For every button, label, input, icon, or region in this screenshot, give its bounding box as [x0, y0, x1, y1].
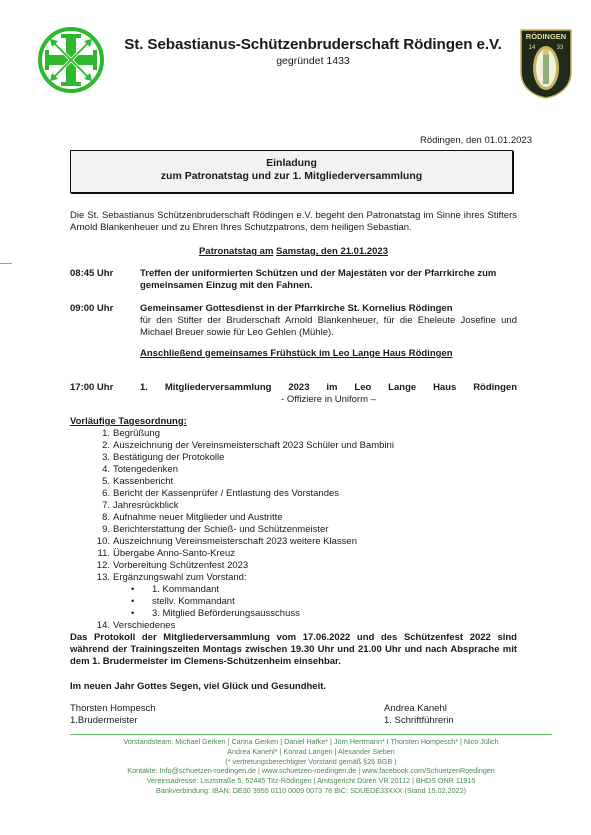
intro-paragraph: Die St. Sebastianus Schützenbruderschaft…	[70, 210, 517, 234]
svg-text:33: 33	[557, 45, 564, 51]
agenda-number: 8.	[88, 512, 110, 524]
footer-divider	[70, 734, 552, 735]
agenda-number: 7.	[88, 500, 110, 512]
agenda-item: 4.Totengedenken	[70, 464, 517, 476]
bullet-icon: •	[131, 596, 134, 608]
agenda-number: 11.	[88, 548, 110, 560]
invitation-title-box: Einladung zum Patronatstag und zur 1. Mi…	[70, 150, 513, 193]
invitation-title: Einladung	[71, 157, 512, 170]
signer-name: Andrea Kanehl	[384, 703, 454, 715]
footer: Vorstandsteam: Michael Gerken | Carina G…	[70, 737, 552, 796]
footer-board-line: Vorstandsteam: Michael Gerken | Carina G…	[70, 737, 552, 747]
meeting-time: 17:00 Uhr	[70, 382, 113, 394]
schedule-title: Treffen der uniformierten Schützen und d…	[140, 268, 517, 292]
schedule-item: 09:00 Uhr Gemeinsamer Gottesdienst in de…	[70, 303, 517, 339]
signature-right: Andrea Kanehl 1. Schriftführerin	[384, 703, 454, 727]
founded-year: gegründet 1433	[108, 55, 518, 67]
agenda-text: Bericht der Kassenprüfer / Entlastung de…	[113, 488, 339, 499]
organization-name: St. Sebastianus-Schützenbruderschaft Röd…	[108, 36, 518, 53]
new-year-greeting: Im neuen Jahr Gottes Segen, viel Glück u…	[70, 681, 326, 692]
schedule-item: 08:45 Uhr Treffen der uniformierten Schü…	[70, 268, 517, 292]
meeting-item: 17:00 Uhr 1. Mitgliederversammlung 2023 …	[70, 382, 517, 406]
agenda-item: 5.Kassenbericht	[70, 476, 517, 488]
agenda-item: 2.Auszeichnung der Vereinsmeisterschaft …	[70, 440, 517, 452]
agenda-item: 12.Vorbereitung Schützenfest 2023	[70, 560, 517, 572]
agenda-number: 5.	[88, 476, 110, 488]
election-position-item: •stellv. Kommandant	[70, 596, 517, 608]
election-position-item: •3. Mitglied Beförderungsausschuss	[70, 608, 517, 620]
agenda-number: 1.	[88, 428, 110, 440]
signer-name: Thorsten Hompesch	[70, 703, 156, 715]
schedule-detail: für den Stifter der Bruderschaft Arnold …	[140, 315, 517, 339]
agenda-item: 1.Begrüßung	[70, 428, 517, 440]
footer-bank: Bankverbindung: IBAN: DE30 3955 0110 000…	[70, 786, 552, 796]
agenda-title: Vorläufige Tagesordnung:	[70, 416, 187, 427]
svg-text:RÖDINGEN: RÖDINGEN	[526, 32, 566, 41]
agenda-number: 10.	[88, 536, 110, 548]
breakfast-note: Anschließend gemeinsames Frühstück im Le…	[140, 348, 517, 360]
schedule-title: Gemeinsamer Gottesdienst in der Pfarrkir…	[140, 303, 517, 315]
heading-part-a: Patronatstag am	[199, 246, 273, 257]
agenda-number: 13.	[88, 572, 110, 584]
agenda-text: Totengedenken	[113, 464, 178, 475]
agenda-text: Jahresrückblick	[113, 500, 178, 511]
agenda-item: 8.Aufnahme neuer Mitglieder und Austritt…	[70, 512, 517, 524]
election-position-text: 3. Mitglied Beförderungsausschuss	[152, 608, 300, 619]
shield-crest-icon: RÖDINGEN 14 33	[518, 28, 574, 100]
agenda-text: Vorbereitung Schützenfest 2023	[113, 560, 248, 571]
club-emblem-logo	[37, 26, 105, 94]
signer-role: 1. Schriftführerin	[384, 715, 454, 727]
footer-contacts: Kontakte: Info@schuetzen-roedingen.de | …	[70, 766, 552, 776]
place-and-date: Rödingen, den 01.01.2023	[420, 135, 532, 146]
agenda-text: Berichterstattung der Schieß- und Schütz…	[113, 524, 328, 535]
meeting-note: - Offiziere in Uniform –	[140, 394, 517, 406]
patronatstag-heading: Patronatstag am Samstag, den 21.01.2023	[70, 246, 517, 257]
agenda-number: 4.	[88, 464, 110, 476]
svg-text:14: 14	[529, 45, 536, 51]
election-position-item: •1. Kommandant	[70, 584, 517, 596]
agenda-text: Ergänzungswahl zum Vorstand:	[113, 572, 247, 583]
agenda-text: Begrüßung	[113, 428, 160, 439]
agenda-number: 6.	[88, 488, 110, 500]
signer-role: 1.Brudermeister	[70, 715, 156, 727]
invitation-subtitle: zum Patronatstag und zur 1. Mitgliederve…	[71, 170, 512, 183]
agenda-text: Aufnahme neuer Mitglieder und Austritte	[113, 512, 283, 523]
election-position-text: 1. Kommandant	[152, 584, 219, 595]
agenda-text: Bestätigung der Protokolle	[113, 452, 224, 463]
schedule-time: 09:00 Uhr	[70, 303, 113, 315]
agenda-item: 13.Ergänzungswahl zum Vorstand:	[70, 572, 517, 584]
agenda-item: 9.Berichterstattung der Schieß- und Schü…	[70, 524, 517, 536]
footer-board-line-2: Andrea Kanehl* | Konrad Langen | Alexand…	[70, 747, 552, 757]
agenda-item: 3.Bestätigung der Protokolle	[70, 452, 517, 464]
agenda-text: Auszeichnung Vereinsmeisterschaft 2023 w…	[113, 536, 357, 547]
agenda-number: 9.	[88, 524, 110, 536]
agenda-text: Kassenbericht	[113, 476, 173, 487]
agenda-item: 10.Auszeichnung Vereinsmeisterschaft 202…	[70, 536, 517, 548]
margin-marker	[0, 263, 12, 264]
agenda-number: 12.	[88, 560, 110, 572]
footer-address: Vereinsadresse: Lisztstraße 5, 52445 Tit…	[70, 776, 552, 786]
agenda-number: 3.	[88, 452, 110, 464]
breakfast-note-row: Anschließend gemeinsames Frühstück im Le…	[70, 348, 517, 360]
agenda-number: 14.	[88, 620, 110, 632]
bullet-icon: •	[131, 584, 134, 596]
crest-logo: RÖDINGEN 14 33	[518, 28, 574, 100]
meeting-title: 1. Mitgliederversammlung 2023 im Leo Lan…	[140, 382, 517, 394]
agenda-item: 7.Jahresrückblick	[70, 500, 517, 512]
heading-part-b: Samstag, den 21.01.2023	[276, 246, 388, 257]
bullet-icon: •	[131, 608, 134, 620]
agenda-text: Verschiedenes	[113, 620, 175, 631]
agenda-text: Auszeichnung der Vereinsmeisterschaft 20…	[113, 440, 394, 451]
protocol-notice: Das Protokoll der Mitgliederversammlung …	[70, 632, 517, 668]
agenda-number: 2.	[88, 440, 110, 452]
agenda-list: 1.Begrüßung2.Auszeichnung der Vereinsmei…	[70, 428, 517, 632]
signature-left: Thorsten Hompesch 1.Brudermeister	[70, 703, 156, 727]
footer-board-note: (* vertretungsberechtigter Vorstand gemä…	[70, 757, 552, 767]
cross-arrows-icon	[37, 26, 105, 94]
agenda-item: 6.Bericht der Kassenprüfer / Entlastung …	[70, 488, 517, 500]
agenda-item: 11.Übergabe Anno-Santo-Kreuz	[70, 548, 517, 560]
election-position-text: stellv. Kommandant	[152, 596, 235, 607]
agenda-text: Übergabe Anno-Santo-Kreuz	[113, 548, 235, 559]
agenda-item: 14.Verschiedenes	[70, 620, 517, 632]
schedule-time: 08:45 Uhr	[70, 268, 113, 280]
